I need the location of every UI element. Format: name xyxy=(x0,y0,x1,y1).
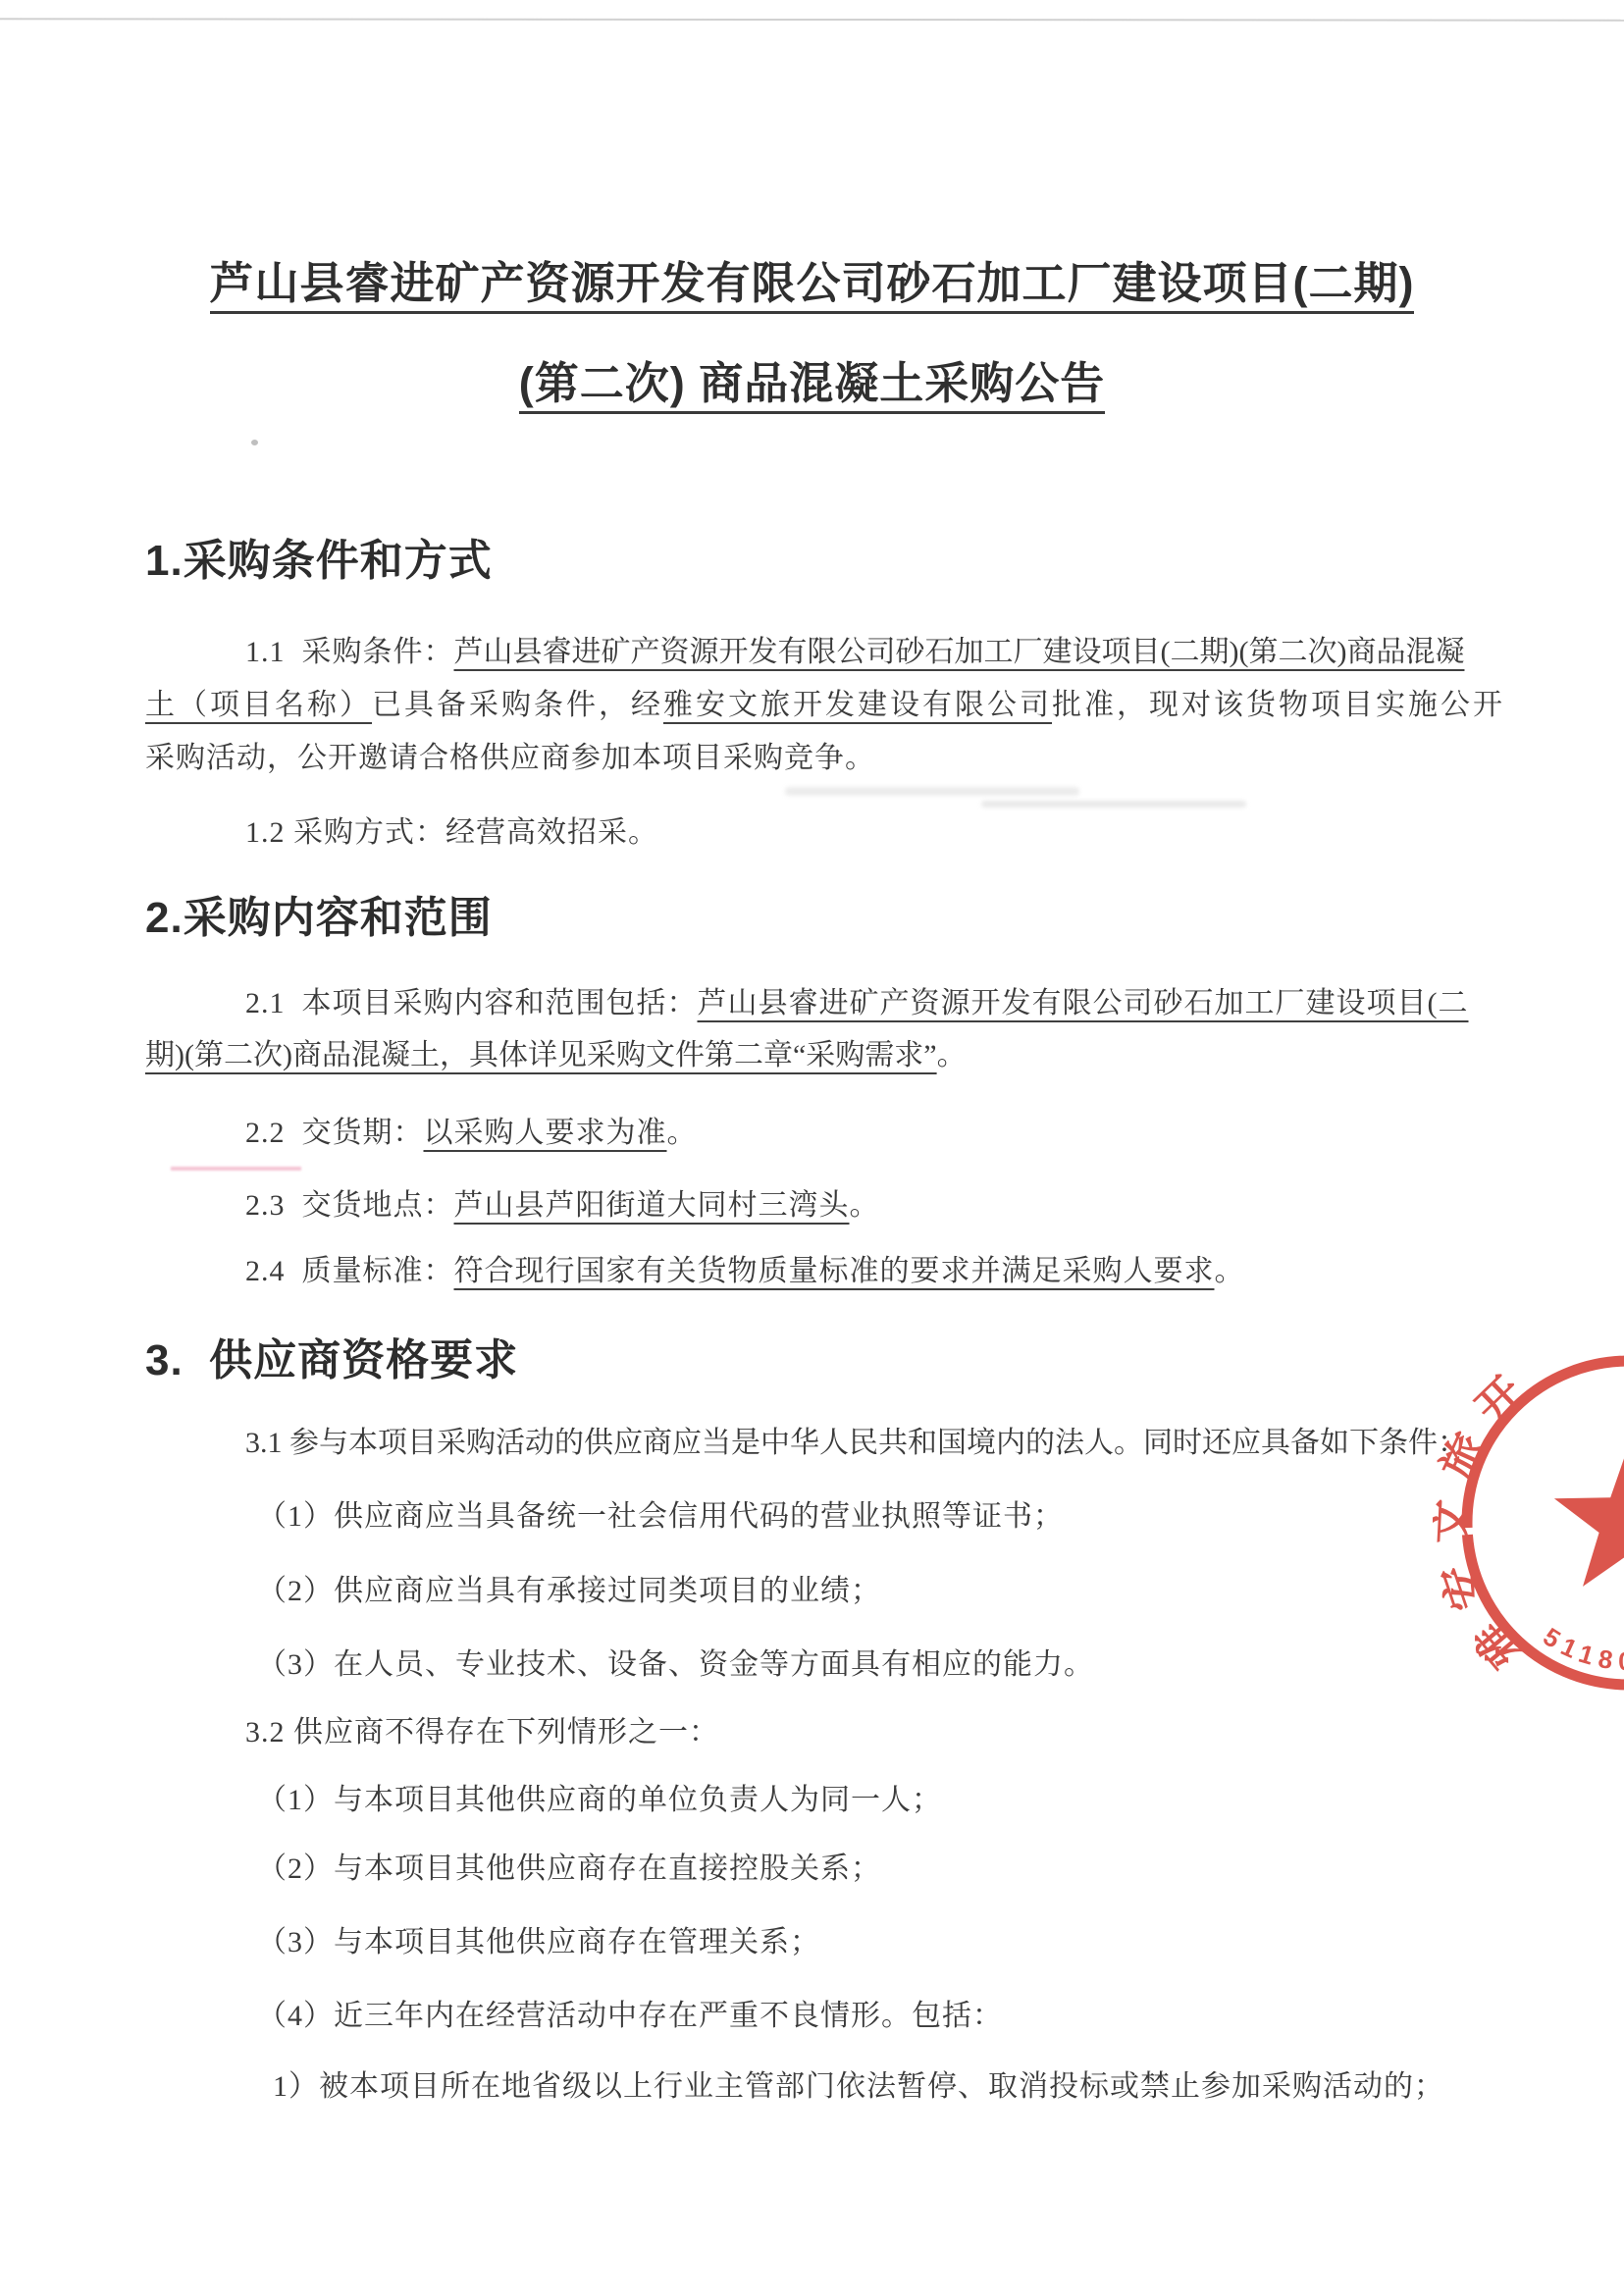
scan-artifact-top-line xyxy=(0,18,1624,21)
document-title-line-2: (第二次) 商品混凝土采购公告 xyxy=(0,365,1624,414)
section-1-heading: 1.采购条件和方式 xyxy=(145,537,493,586)
para-3-1: 3.1 参与本项目采购活动的供应商应当是中华人民共和国境内的法人。同时还应具备如… xyxy=(245,1425,1467,1462)
para-2-3: 2.3 交货地点：芦山县芦阳街道大同村三湾头。 xyxy=(245,1187,880,1225)
title-text: (第二次) 商品混凝土采购公告 xyxy=(519,365,1105,414)
para-3-2-item-2: （2）与本项目其他供应商存在直接控股关系； xyxy=(257,1851,881,1888)
para-3-1-item-3: （3）在人员、专业技术、设备、资金等方面具有相应的能力。 xyxy=(257,1646,1094,1684)
scan-artifact-smudge xyxy=(981,801,1246,808)
para-3-2-item-1: （1）与本项目其他供应商的单位负责人为同一人； xyxy=(257,1782,942,1819)
para-3-2: 3.2 供应商不得存在下列情形之一： xyxy=(245,1714,719,1751)
para-2-1-label: 2.1 本项目采购内容和范围包括： xyxy=(245,987,698,1019)
delivery-period-underlined: 以采购人要求为准 xyxy=(424,1117,667,1149)
section-3-heading: 3. 供应商资格要求 xyxy=(145,1336,518,1385)
para-1-2: 1.2 采购方式：经营高效招采。 xyxy=(245,814,658,852)
para-1-1-line-2: 土（项目名称）已具备采购条件，经雅安文旅开发建设有限公司批准，现对该货物项目实施… xyxy=(145,687,1505,724)
para-1-1-line-3: 采购活动，公开邀请合格供应商参加本项目采购竞争。 xyxy=(145,740,875,777)
project-name-underlined: 芦山县睿进矿产资源开发有限公司砂石加工厂建设项目(二 xyxy=(698,987,1469,1019)
scanned-document-page: 芦山县睿进矿产资源开发有限公司砂石加工厂建设项目(二期) (第二次) 商品混凝土… xyxy=(0,0,1624,2296)
seal-star-icon xyxy=(1554,1444,1624,1587)
title-text: 芦山县睿进矿产资源开发有限公司砂石加工厂建设项目(二期) xyxy=(210,265,1415,314)
approver-name-underlined: 雅安文旅开发建设有限公司 xyxy=(663,689,1052,721)
para-1-1-label: 1.1 采购条件： xyxy=(245,636,454,668)
document-title-line-1: 芦山县睿进矿产资源开发有限公司砂石加工厂建设项目(二期) xyxy=(0,265,1624,314)
para-1-1-line-1: 1.1 采购条件：芦山县睿进矿产资源开发有限公司砂石加工厂建设项目(二期)(第二… xyxy=(245,634,1464,671)
para-2-1-line-1: 2.1 本项目采购内容和范围包括：芦山县睿进矿产资源开发有限公司砂石加工厂建设项… xyxy=(245,985,1469,1022)
para-3-2-item-4-sub-1: 1）被本项目所在地省级以上行业主管部门依法暂停、取消投标或禁止参加采购活动的； xyxy=(273,2068,1444,2106)
scan-artifact-smudge xyxy=(785,787,1079,796)
scan-artifact-speck xyxy=(251,440,258,445)
seal-arc-text: 雅安文旅开 xyxy=(1433,1356,1545,1676)
quality-standard-underlined: 符合现行国家有关货物质量标准的要求并满足采购人要求 xyxy=(454,1255,1215,1287)
seal-graphic: 雅安文旅开 511802 xyxy=(1433,1327,1624,1719)
para-3-2-item-4: （4）近三年内在经营活动中存在严重不良情形。包括： xyxy=(257,1998,1003,2035)
company-seal: 雅安文旅开 511802 xyxy=(1433,1327,1624,1719)
para-3-2-item-3: （3）与本项目其他供应商存在管理关系； xyxy=(257,1924,820,1961)
para-2-2: 2.2 交货期：以采购人要求为准。 xyxy=(245,1115,698,1152)
project-name-underlined: 期)(第二次)商品混凝土，具体详见采购文件第二章“采购需求” xyxy=(145,1039,937,1071)
para-3-1-item-2: （2）供应商应当具有承接过同类项目的业绩； xyxy=(257,1573,881,1610)
project-name-underlined: 土（项目名称） xyxy=(145,689,372,721)
project-name-underlined: 芦山县睿进矿产资源开发有限公司砂石加工厂建设项目(二期)(第二次)商品混凝 xyxy=(454,636,1465,668)
para-2-1-line-2: 期)(第二次)商品混凝土，具体详见采购文件第二章“采购需求”。 xyxy=(145,1037,967,1074)
para-3-1-item-1: （1）供应商应当具备统一社会信用代码的营业执照等证书； xyxy=(257,1498,1064,1536)
scan-artifact-pink-mark xyxy=(171,1167,301,1171)
para-2-4: 2.4 质量标准：符合现行国家有关货物质量标准的要求并满足采购人要求。 xyxy=(245,1253,1245,1290)
delivery-place-underlined: 芦山县芦阳街道大同村三湾头 xyxy=(454,1189,850,1222)
section-2-heading: 2.采购内容和范围 xyxy=(145,894,493,943)
